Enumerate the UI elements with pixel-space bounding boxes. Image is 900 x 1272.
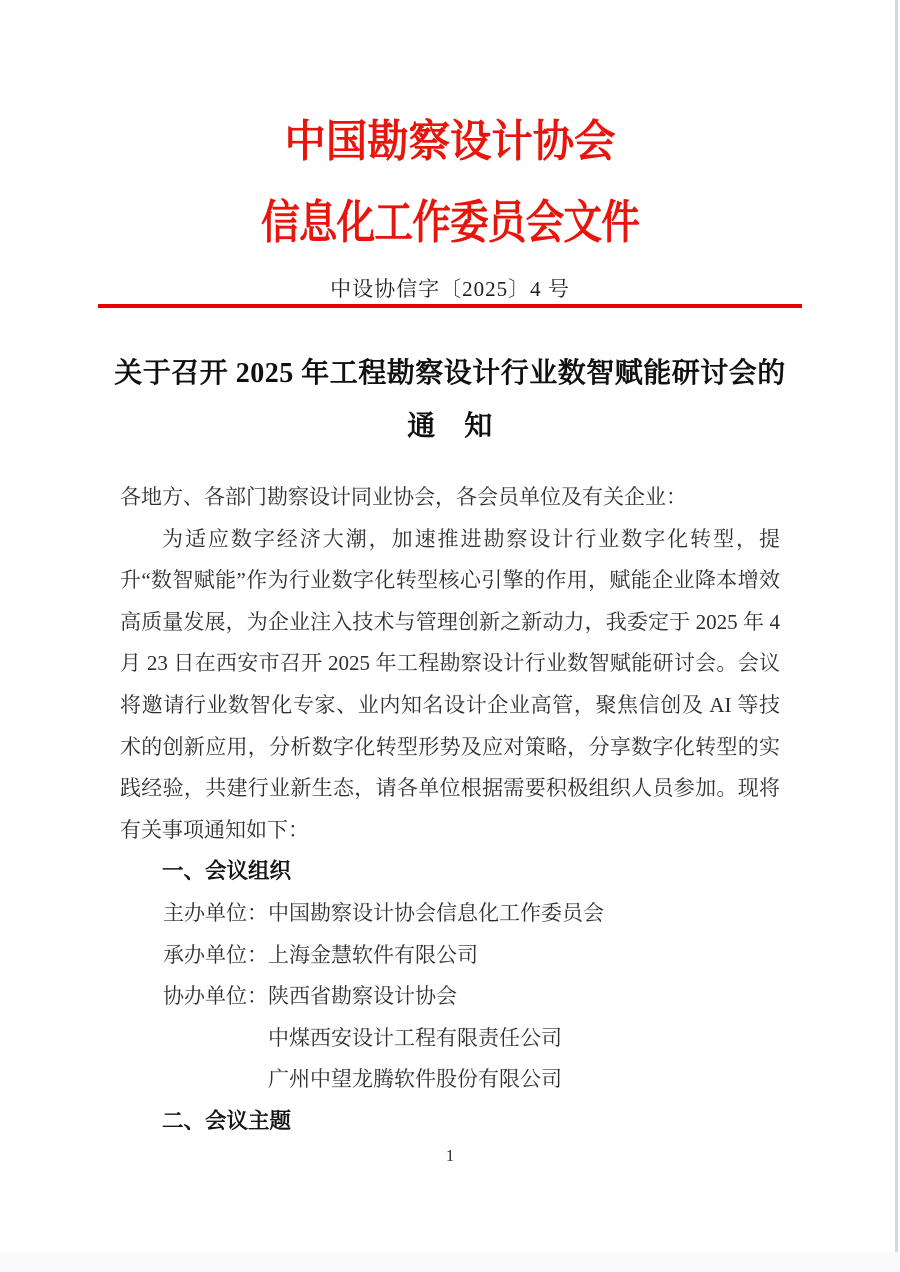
co-organizer-value-1: 陕西省勘察设计协会 (268, 976, 562, 1018)
co-organizer-value-3: 广州中望龙腾软件股份有限公司 (268, 1059, 562, 1101)
document-reference-number: 中设协信字〔2025〕4 号 (0, 276, 900, 302)
org-row-undertaking-unit: 承办单位： 上海金慧软件有限公司 (120, 935, 780, 977)
undertaking-unit-label: 承办单位： (163, 935, 268, 977)
host-unit-label: 主办单位： (163, 893, 268, 935)
host-unit-value: 中国勘察设计协会信息化工作委员会 (268, 893, 604, 935)
undertaking-unit-value: 上海金慧软件有限公司 (268, 935, 478, 977)
page-footer: 1 (0, 1145, 900, 1167)
page-number: 1 (0, 1145, 900, 1167)
letterhead-divider-rule (98, 304, 802, 308)
document-page: 中国勘察设计协会 信息化工作委员会文件 中设协信字〔2025〕4 号 关于召开 … (0, 0, 900, 1272)
page-scan-edge-bottom (0, 1252, 900, 1272)
page-scan-edge-right (895, 0, 898, 1272)
co-organizer-values: 陕西省勘察设计协会 中煤西安设计工程有限责任公司 广州中望龙腾软件股份有限公司 (268, 976, 562, 1101)
salutation-line: 各地方、各部门勘察设计同业协会，各会员单位及有关企业： (120, 477, 780, 519)
notice-title-line2: 通 知 (0, 407, 900, 447)
document-body: 各地方、各部门勘察设计同业协会，各会员单位及有关企业： 为适应数字经济大潮，加速… (120, 477, 780, 1143)
co-organizer-label: 协办单位： (163, 976, 268, 1018)
section-heading-meeting-theme: 二、会议主题 (120, 1101, 780, 1143)
co-organizer-value-2: 中煤西安设计工程有限责任公司 (268, 1018, 562, 1060)
document-letterhead: 中国勘察设计协会 信息化工作委员会文件 中设协信字〔2025〕4 号 (0, 0, 900, 308)
issuing-committee-document-label: 信息化工作委员会文件 (72, 198, 828, 248)
section-heading-meeting-organization: 一、会议组织 (120, 851, 780, 893)
org-row-host-unit: 主办单位： 中国勘察设计协会信息化工作委员会 (120, 893, 780, 935)
org-row-co-organizer-units: 协办单位： 陕西省勘察设计协会 中煤西安设计工程有限责任公司 广州中望龙腾软件股… (120, 976, 780, 1101)
notice-title: 关于召开 2025 年工程勘察设计行业数智赋能研讨会的 通 知 (0, 354, 900, 447)
intro-paragraph: 为适应数字经济大潮，加速推进勘察设计行业数字化转型，提升“数智赋能”作为行业数字… (120, 519, 780, 852)
notice-title-line1: 关于召开 2025 年工程勘察设计行业数智赋能研讨会的 (0, 354, 900, 394)
issuing-org-name: 中国勘察设计协会 (27, 0, 873, 166)
